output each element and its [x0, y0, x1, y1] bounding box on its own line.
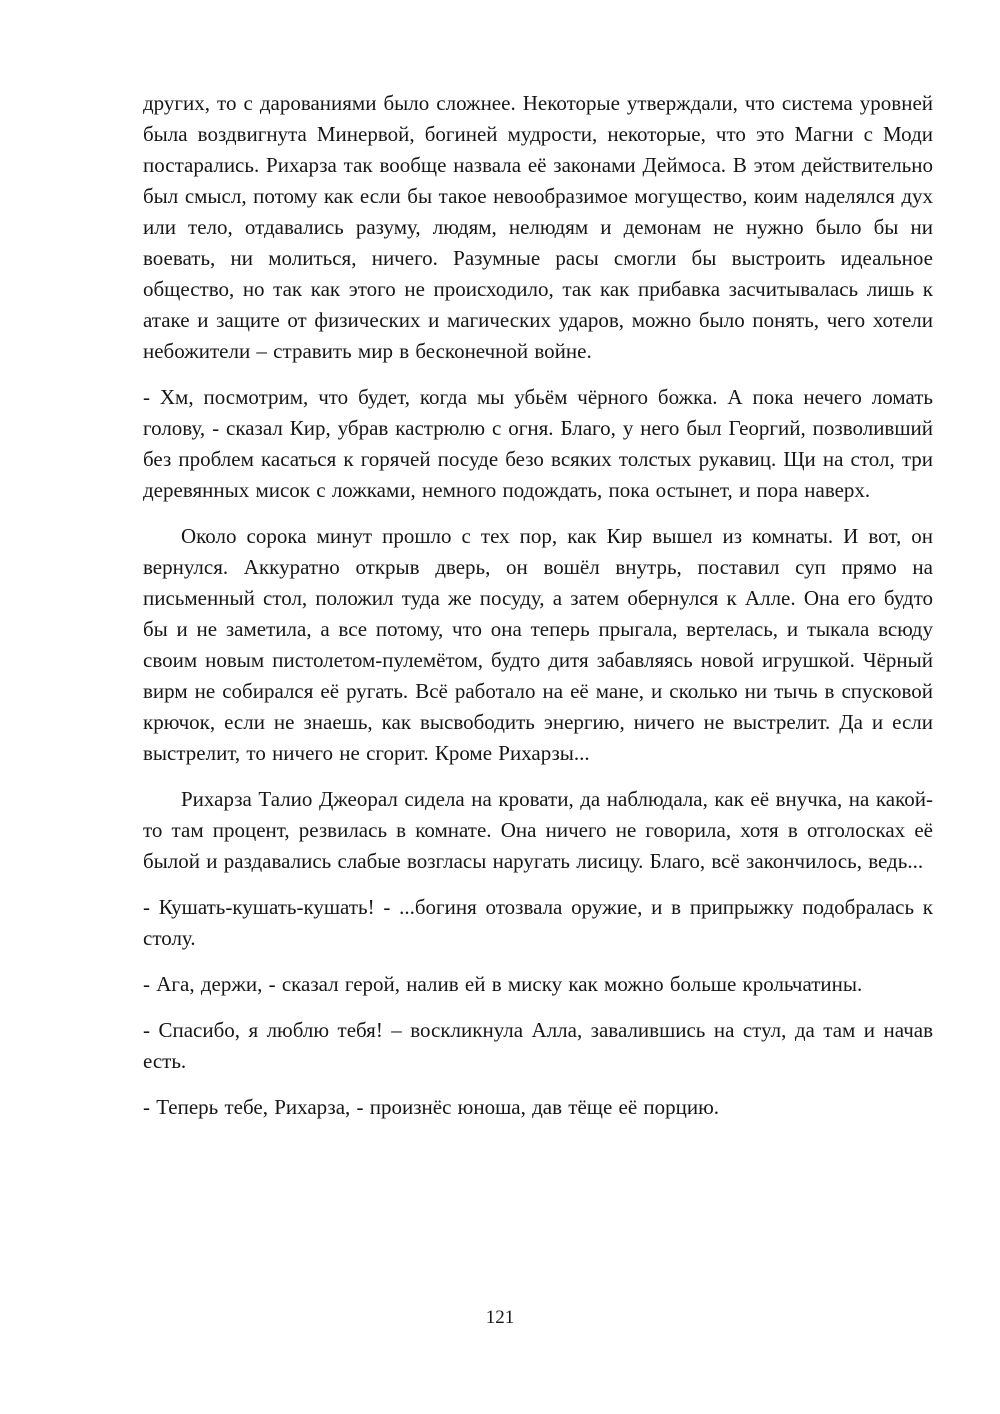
- page-number: 121: [0, 1306, 1000, 1330]
- paragraph-narrative-return: Около сорока минут прошло с тех пор, как…: [143, 521, 933, 769]
- paragraph-dialogue-hero: - Ага, держи, - сказал герой, налив ей в…: [143, 969, 933, 1000]
- paragraph-dialogue-alla: - Спасибо, я люблю тебя! – воскликнула А…: [143, 1015, 933, 1077]
- paragraph-dialogue-youth: - Теперь тебе, Рихарза, - произнёс юноша…: [143, 1092, 933, 1123]
- paragraph-dialogue-goddess: - Кушать-кушать-кушать! - ...богиня отоз…: [143, 892, 933, 954]
- paragraph-dialogue-kir: - Хм, посмотрим, что будет, когда мы убь…: [143, 382, 933, 506]
- paragraph-body-continuation: других, то с дарованиями было сложнее. Н…: [143, 88, 933, 367]
- document-page: других, то с дарованиями было сложнее. Н…: [143, 88, 933, 1138]
- paragraph-narrative-rikharza: Рихарза Талио Джеорал сидела на кровати,…: [143, 784, 933, 877]
